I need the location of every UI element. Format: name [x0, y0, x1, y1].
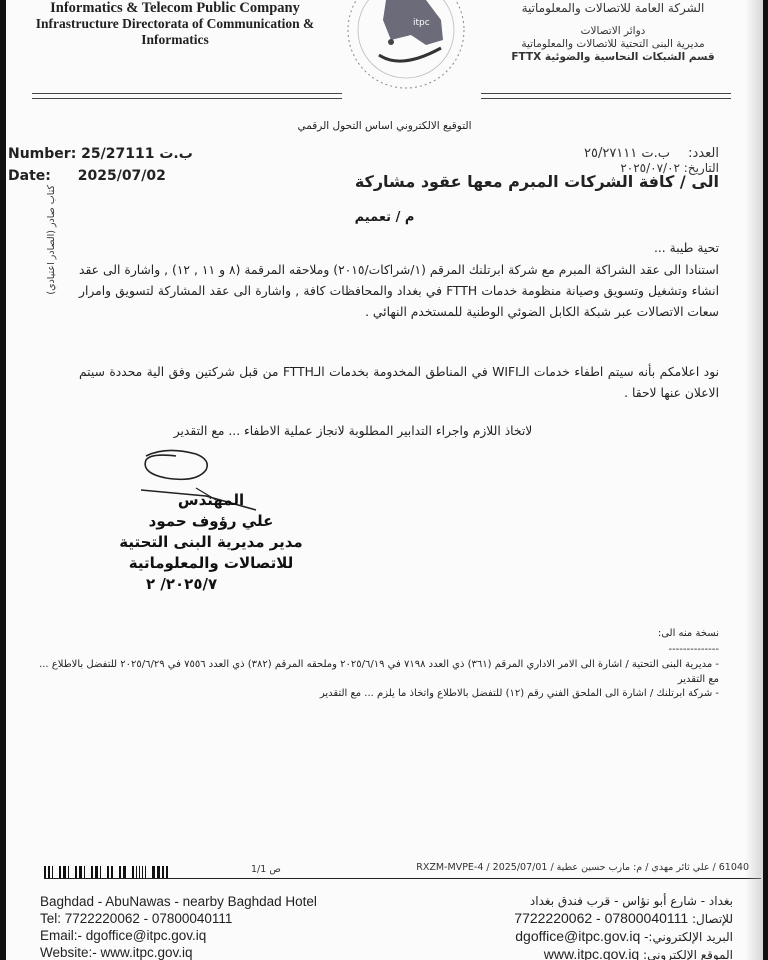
footer-rule	[44, 878, 761, 879]
signer-title: المهندس	[106, 490, 316, 511]
letter-recipient: الى / كافة الشركات المبرم معها عقود مشار…	[355, 172, 719, 191]
letter-paragraph-1: استنادا الى عقد الشراكة المبرم مع شركة ا…	[79, 260, 719, 323]
document-page: Informatics & Telecom Public Company Inf…	[6, 0, 763, 960]
svg-text:itpc: itpc	[413, 18, 430, 28]
company-name-en: Informatics & Telecom Public Company	[20, 0, 330, 16]
header-rule-right	[481, 93, 731, 99]
footer-address-en: Baghdad - AbuNawas - nearby Baghdad Hote…	[40, 893, 317, 960]
tracking-line: 61040 / علي ثائر مهدي / م: مارب حسين عطي…	[416, 862, 749, 873]
website-ar: الموقع الإلكتروني: www.itpc.gov.iq	[514, 946, 733, 960]
ref-number-ar: العدد: ب.ت ٢٥/٢٧١١١	[584, 146, 719, 161]
copies-separator: --------------	[629, 643, 719, 658]
footer-address-ar: بغداد - شارع أبو نؤاس - قرب فندق بغداد ل…	[514, 893, 733, 960]
header-arabic: الشركة العامة للاتصالات والمعلوماتية دوا…	[483, 2, 743, 64]
email-ar: البريد الإلكتروني:- dgoffice@itpc.gov.iq	[514, 928, 733, 946]
header-english: Informatics & Telecom Public Company Inf…	[20, 0, 330, 48]
letter-closing: لاتخاذ اللازم واجراء التدابير المطلوبة ل…	[93, 421, 613, 442]
ref-date-en: Date: 2025/07/02	[8, 168, 166, 184]
header-rule-left	[32, 93, 342, 99]
ref-date-value: 2025/07/02	[78, 168, 166, 184]
signer-position: مدير مديرية البنى التحتية	[106, 532, 316, 553]
barcode	[44, 866, 168, 878]
esign-slogan: التوقيع الالكتروني اساس التحول الرقمي	[6, 120, 763, 132]
address-en: Baghdad - AbuNawas - nearby Baghdad Hote…	[40, 893, 317, 910]
page-number: ص 1/1	[251, 864, 281, 875]
directorate-name-en: Infrastructure Directorata of Communicat…	[20, 16, 330, 32]
dept-line2-ar: مديرية البنى التحتية للاتصالات والمعلوما…	[483, 38, 743, 51]
letter-subject: م / تعميم	[6, 210, 763, 225]
email-en: Email:- dgoffice@itpc.gov.iq	[40, 927, 317, 944]
signature-date: ٢٠٢٥/٧/ ٢	[106, 574, 316, 595]
copies-heading: نسخة منه الى:	[39, 627, 719, 642]
copy-item-1: - مديرية البنى التحتية / اشارة الى الامر…	[39, 658, 719, 687]
letter-greeting: تحية طيبة ...	[79, 238, 719, 259]
ref-number-en: Number: 25/27111 ب.ت	[8, 146, 193, 162]
signer-name: علي رؤوف حمود	[106, 511, 316, 532]
dept-line1-ar: دوائر الاتصالات	[483, 25, 743, 38]
ref-number-value: 25/27111 ب.ت	[81, 146, 193, 162]
copy-item-2: - شركة ابرتلنك / اشارة الى الملحق الفني …	[39, 687, 719, 702]
tel-ar: للإتصال: 07800040111 - 7722220062	[514, 910, 733, 928]
signature-block: المهندس علي رؤوف حمود مدير مديرية البنى …	[106, 490, 316, 595]
tel-en: Tel: 7722220062 - 07800040111	[40, 910, 317, 927]
signer-position-cont: للاتصالات والمعلوماتية	[106, 553, 316, 574]
website-en: Website:- www.itpc.gov.iq	[40, 944, 317, 960]
itpc-logo: itpc	[331, 0, 481, 105]
address-ar: بغداد - شارع أبو نؤاس - قرب فندق بغداد	[514, 893, 733, 910]
directorate-name-en-cont: Informatics	[20, 32, 330, 48]
dept-line3-ar: قسم الشبكات النحاسية والضوئية FTTX	[483, 51, 743, 64]
company-name-ar: الشركة العامة للاتصالات والمعلوماتية	[483, 2, 743, 15]
letter-paragraph-2: نود اعلامكم بأنه سيتم اطفاء خدمات الـWIF…	[79, 362, 719, 404]
vertical-note: كتاب صادر (الصادر اعتيادي)	[46, 185, 57, 295]
